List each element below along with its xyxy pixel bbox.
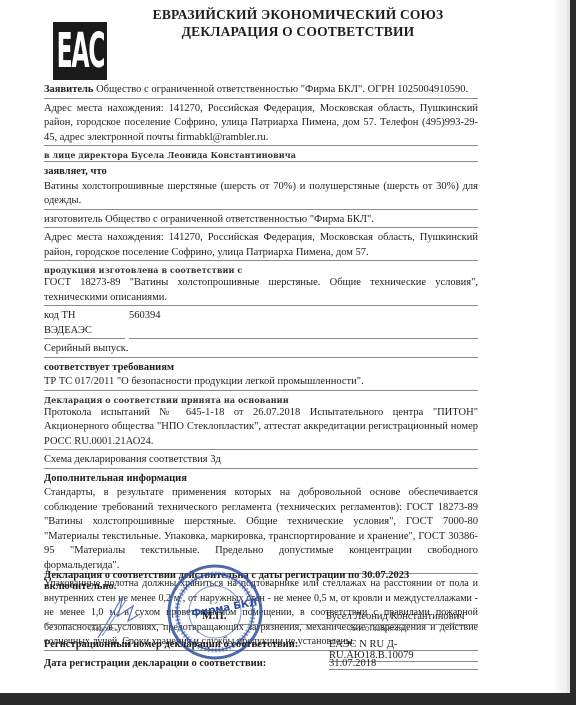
name-line: [234, 624, 478, 625]
registration-date-label: Дата регистрации декларации о соответств…: [44, 658, 266, 669]
registration-number-label: Регистрационный номер декларации о соотв…: [44, 639, 298, 650]
manufacturer-label: изготовитель: [44, 214, 102, 225]
tn-ved-label: код ТН ВЭДЕАЭС: [44, 309, 125, 339]
tn-ved-row: код ТН ВЭДЕАЭС 560394: [44, 309, 478, 339]
viewer-bottom-bar: [0, 693, 576, 705]
complies-label: соответствует требованиям: [44, 361, 478, 376]
manufacturer-address: Адрес места нахождения: 141270, Российск…: [44, 231, 478, 261]
signature-block: (подпись) М.П. Бусел Леонид Константинов…: [44, 610, 478, 640]
signature-line: [44, 624, 164, 625]
signature-caption: (подпись): [89, 626, 120, 633]
declaration-page: ЕВРАЗИЙСКИЙ ЭКОНОМИЧЕСКИЙ СОЮЗ ДЕКЛАРАЦИ…: [0, 0, 570, 693]
additional-standards: Стандарты, в результате применения котор…: [44, 486, 478, 574]
seal-placeholder: М.П.: [202, 610, 226, 622]
product-description: Ватины холстопрошивные шерстяные (шерсть…: [44, 180, 478, 210]
additional-info-label: Дополнительная информация: [44, 472, 478, 487]
tn-ved-value: 560394: [129, 309, 478, 339]
manufacturer-row: изготовитель Общество с ограниченной отв…: [44, 213, 478, 229]
signatory-name: Бусел Леонид Константинович: [326, 611, 464, 622]
basis-text: Протокола испытаний № 645-1-18 от 26.07.…: [44, 406, 478, 451]
union-title: ЕВРАЗИЙСКИЙ ЭКОНОМИЧЕСКИЙ СОЮЗ: [0, 6, 570, 23]
declares-label: заявляет, что: [44, 165, 478, 180]
applicant-row: Заявитель Общество с ограниченной ответс…: [44, 83, 478, 99]
eac-logo-icon: EAC: [53, 22, 107, 80]
name-caption: (Ф.И.О. заявителя): [349, 626, 408, 633]
represented-by: в лице директора Бусела Леонида Констант…: [44, 149, 478, 162]
manufacturer-name: Общество с ограниченной ответственностью…: [102, 214, 373, 225]
applicant-name: Общество с ограниченной ответственностью…: [93, 84, 468, 95]
registration-date-value: 31.07.2018: [329, 658, 478, 670]
declaration-scheme: Схема декларирования соответствия 3д: [44, 453, 478, 469]
applicant-address: Адрес места нахождения: 141270, Российск…: [44, 102, 478, 147]
complies-regulation: ТР ТС 017/2011 "О безопасности продукции…: [44, 375, 478, 391]
produced-per-label: продукция изготовлена в соответствии с: [44, 264, 478, 276]
basis-label: Декларация о соответствии принята на осн…: [44, 394, 478, 406]
applicant-label: Заявитель: [44, 84, 93, 95]
release-type: Серийный выпуск.: [44, 342, 478, 358]
produced-per-standard: ГОСТ 18273-89 "Ватины холстопрошивные ше…: [44, 276, 478, 306]
page-edge-shadow: [553, 0, 567, 693]
